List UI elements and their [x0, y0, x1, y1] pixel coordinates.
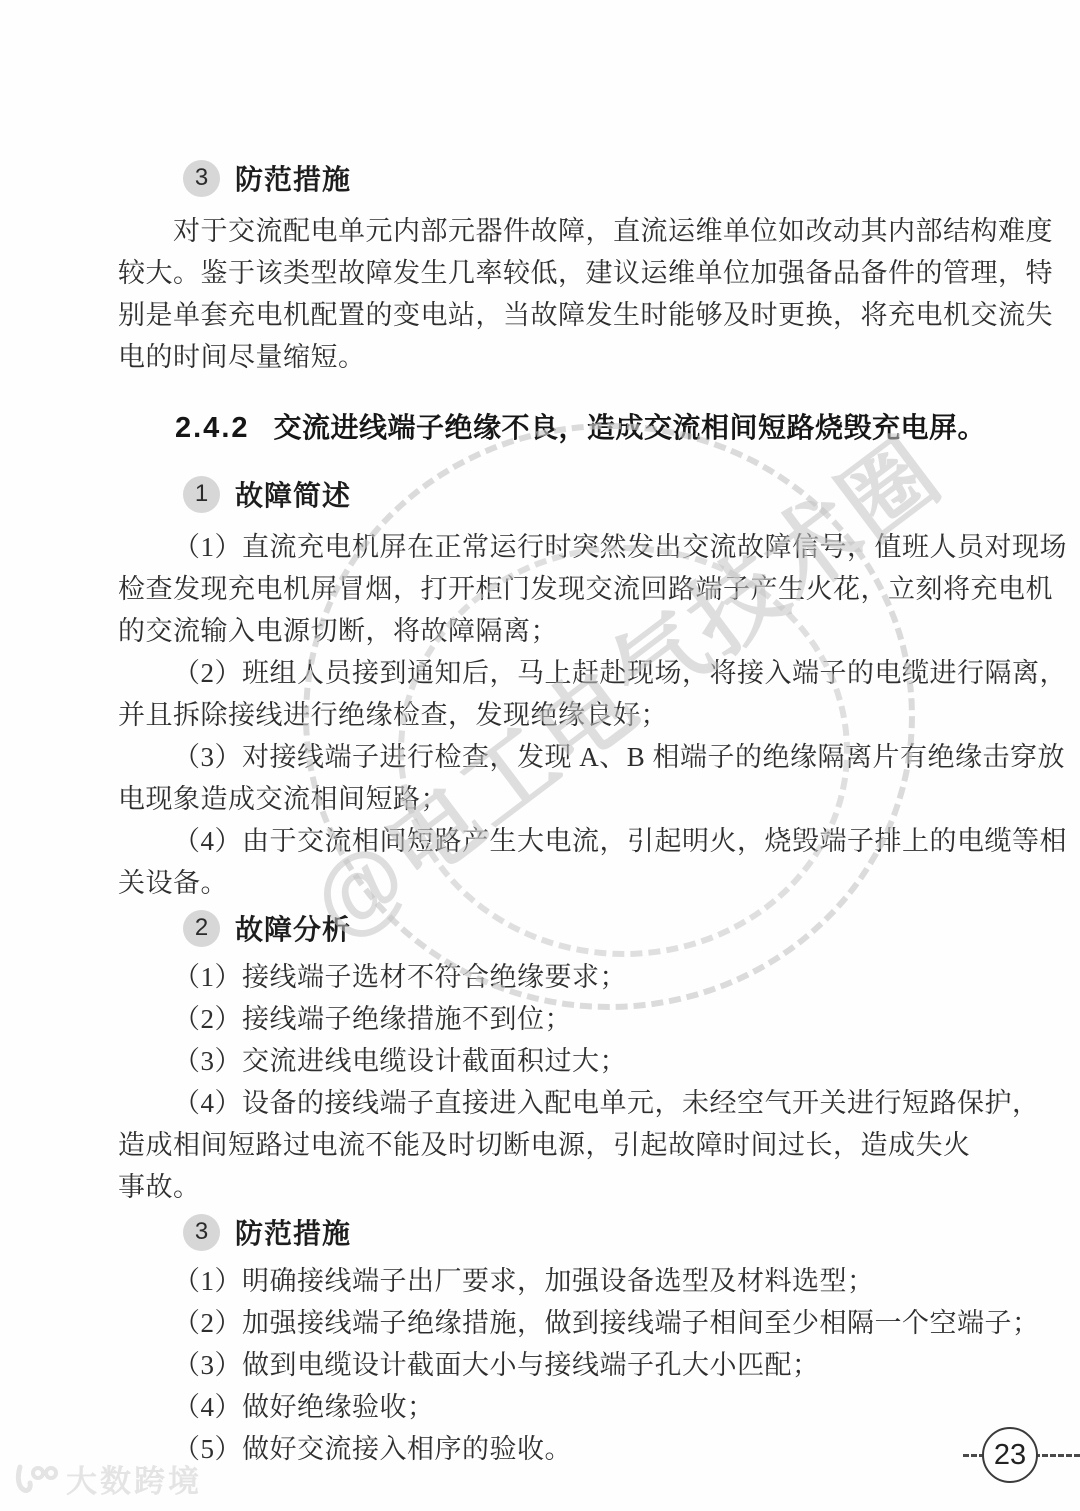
brand-logo-icon [12, 1461, 58, 1497]
body-line: （2）加强接线端子绝缘措施，做到接线端子相间至少相隔一个空端子； [118, 1302, 998, 1344]
body-line: 较大。鉴于该类型故障发生几率较低，建议运维单位加强备品备件的管理，特 [118, 252, 998, 294]
body-line: 关设备。 [118, 862, 998, 904]
body-line: 的交流输入电源切断，将故障隔离； [118, 610, 998, 652]
body-line: （3）做到电缆设计截面大小与接线端子孔大小匹配； [118, 1344, 998, 1386]
heading-title: 防范措施 [235, 1212, 351, 1252]
body-line: （1）直流充电机屏在正常运行时突然发出交流故障信号，值班人员对现场 [118, 526, 998, 568]
document-page: 3 防范措施 对于交流配电单元内部元器件故障，直流运维单位如改动其内部结构难度 … [0, 0, 1080, 1511]
heading-prevention-measures: 3 防范措施 [183, 1212, 998, 1252]
heading-fault-brief: 1 故障简述 [183, 474, 998, 514]
body-line: 造成相间短路过电流不能及时切断电源，引起故障时间过长，造成失火 [118, 1124, 998, 1166]
circled-number-icon: 1 [183, 476, 220, 513]
heading-prevention-measures-top: 3 防范措施 [183, 158, 998, 198]
body-line: （5）做好交流接入相序的验收。 [118, 1428, 998, 1470]
circled-number-icon: 2 [183, 910, 220, 947]
heading-title: 故障分析 [235, 908, 351, 948]
body-line: 别是单套充电机配置的变电站，当故障发生时能够及时更换，将充电机交流失 [118, 294, 998, 336]
body-line: 对于交流配电单元内部元器件故障，直流运维单位如改动其内部结构难度 [118, 210, 998, 252]
body-line: 电的时间尽量缩短。 [118, 336, 998, 378]
body-line: （1）接线端子选材不符合绝缘要求； [118, 956, 998, 998]
body-line: （2）班组人员接到通知后，马上赶赴现场，将接入端子的电缆进行隔离， [118, 652, 998, 694]
section-title: 交流进线端子绝缘不良，造成交流相间短路烧毁充电屏。 [274, 406, 987, 446]
page-number: 23 [963, 1429, 1080, 1481]
heading-title: 故障简述 [235, 474, 351, 514]
body-line: （2）接线端子绝缘措施不到位； [118, 998, 998, 1040]
body-line: 并且拆除接线进行绝缘检查，发现绝缘良好； [118, 694, 998, 736]
page-content: 3 防范措施 对于交流配电单元内部元器件故障，直流运维单位如改动其内部结构难度 … [118, 158, 998, 1470]
dash-line [1034, 1454, 1080, 1457]
heading-fault-analysis: 2 故障分析 [183, 908, 998, 948]
body-line: （1）明确接线端子出厂要求，加强设备选型及材料选型； [118, 1260, 998, 1302]
brand-watermark-label: 大数跨境 [66, 1456, 202, 1501]
heading-title: 防范措施 [235, 158, 351, 198]
body-line: （3）交流进线电缆设计截面积过大； [118, 1040, 998, 1082]
section-heading-2-4-2: 2.4.2 交流进线端子绝缘不良，造成交流相间短路烧毁充电屏。 [175, 406, 998, 446]
circled-number-icon: 3 [183, 160, 220, 197]
body-line: （4）由于交流相间短路产生大电流，引起明火，烧毁端子排上的电缆等相 [118, 820, 998, 862]
body-line: （3）对接线端子进行检查，发现 A、B 相端子的绝缘隔离片有绝缘击穿放 [118, 736, 998, 778]
page-number-circle: 23 [982, 1427, 1038, 1483]
body-line: （4）设备的接线端子直接进入配电单元，未经空气开关进行短路保护， [118, 1082, 998, 1124]
section-number: 2.4.2 [175, 412, 250, 445]
circled-number-icon: 3 [183, 1214, 220, 1251]
body-line: 事故。 [118, 1166, 998, 1208]
body-line: （4）做好绝缘验收； [118, 1386, 998, 1428]
body-line: 电现象造成交流相间短路； [118, 778, 998, 820]
brand-watermark: 大数跨境 [12, 1456, 202, 1501]
body-line: 检查发现充电机屏冒烟，打开柜门发现交流回路端子产生火花，立刻将充电机 [118, 568, 998, 610]
